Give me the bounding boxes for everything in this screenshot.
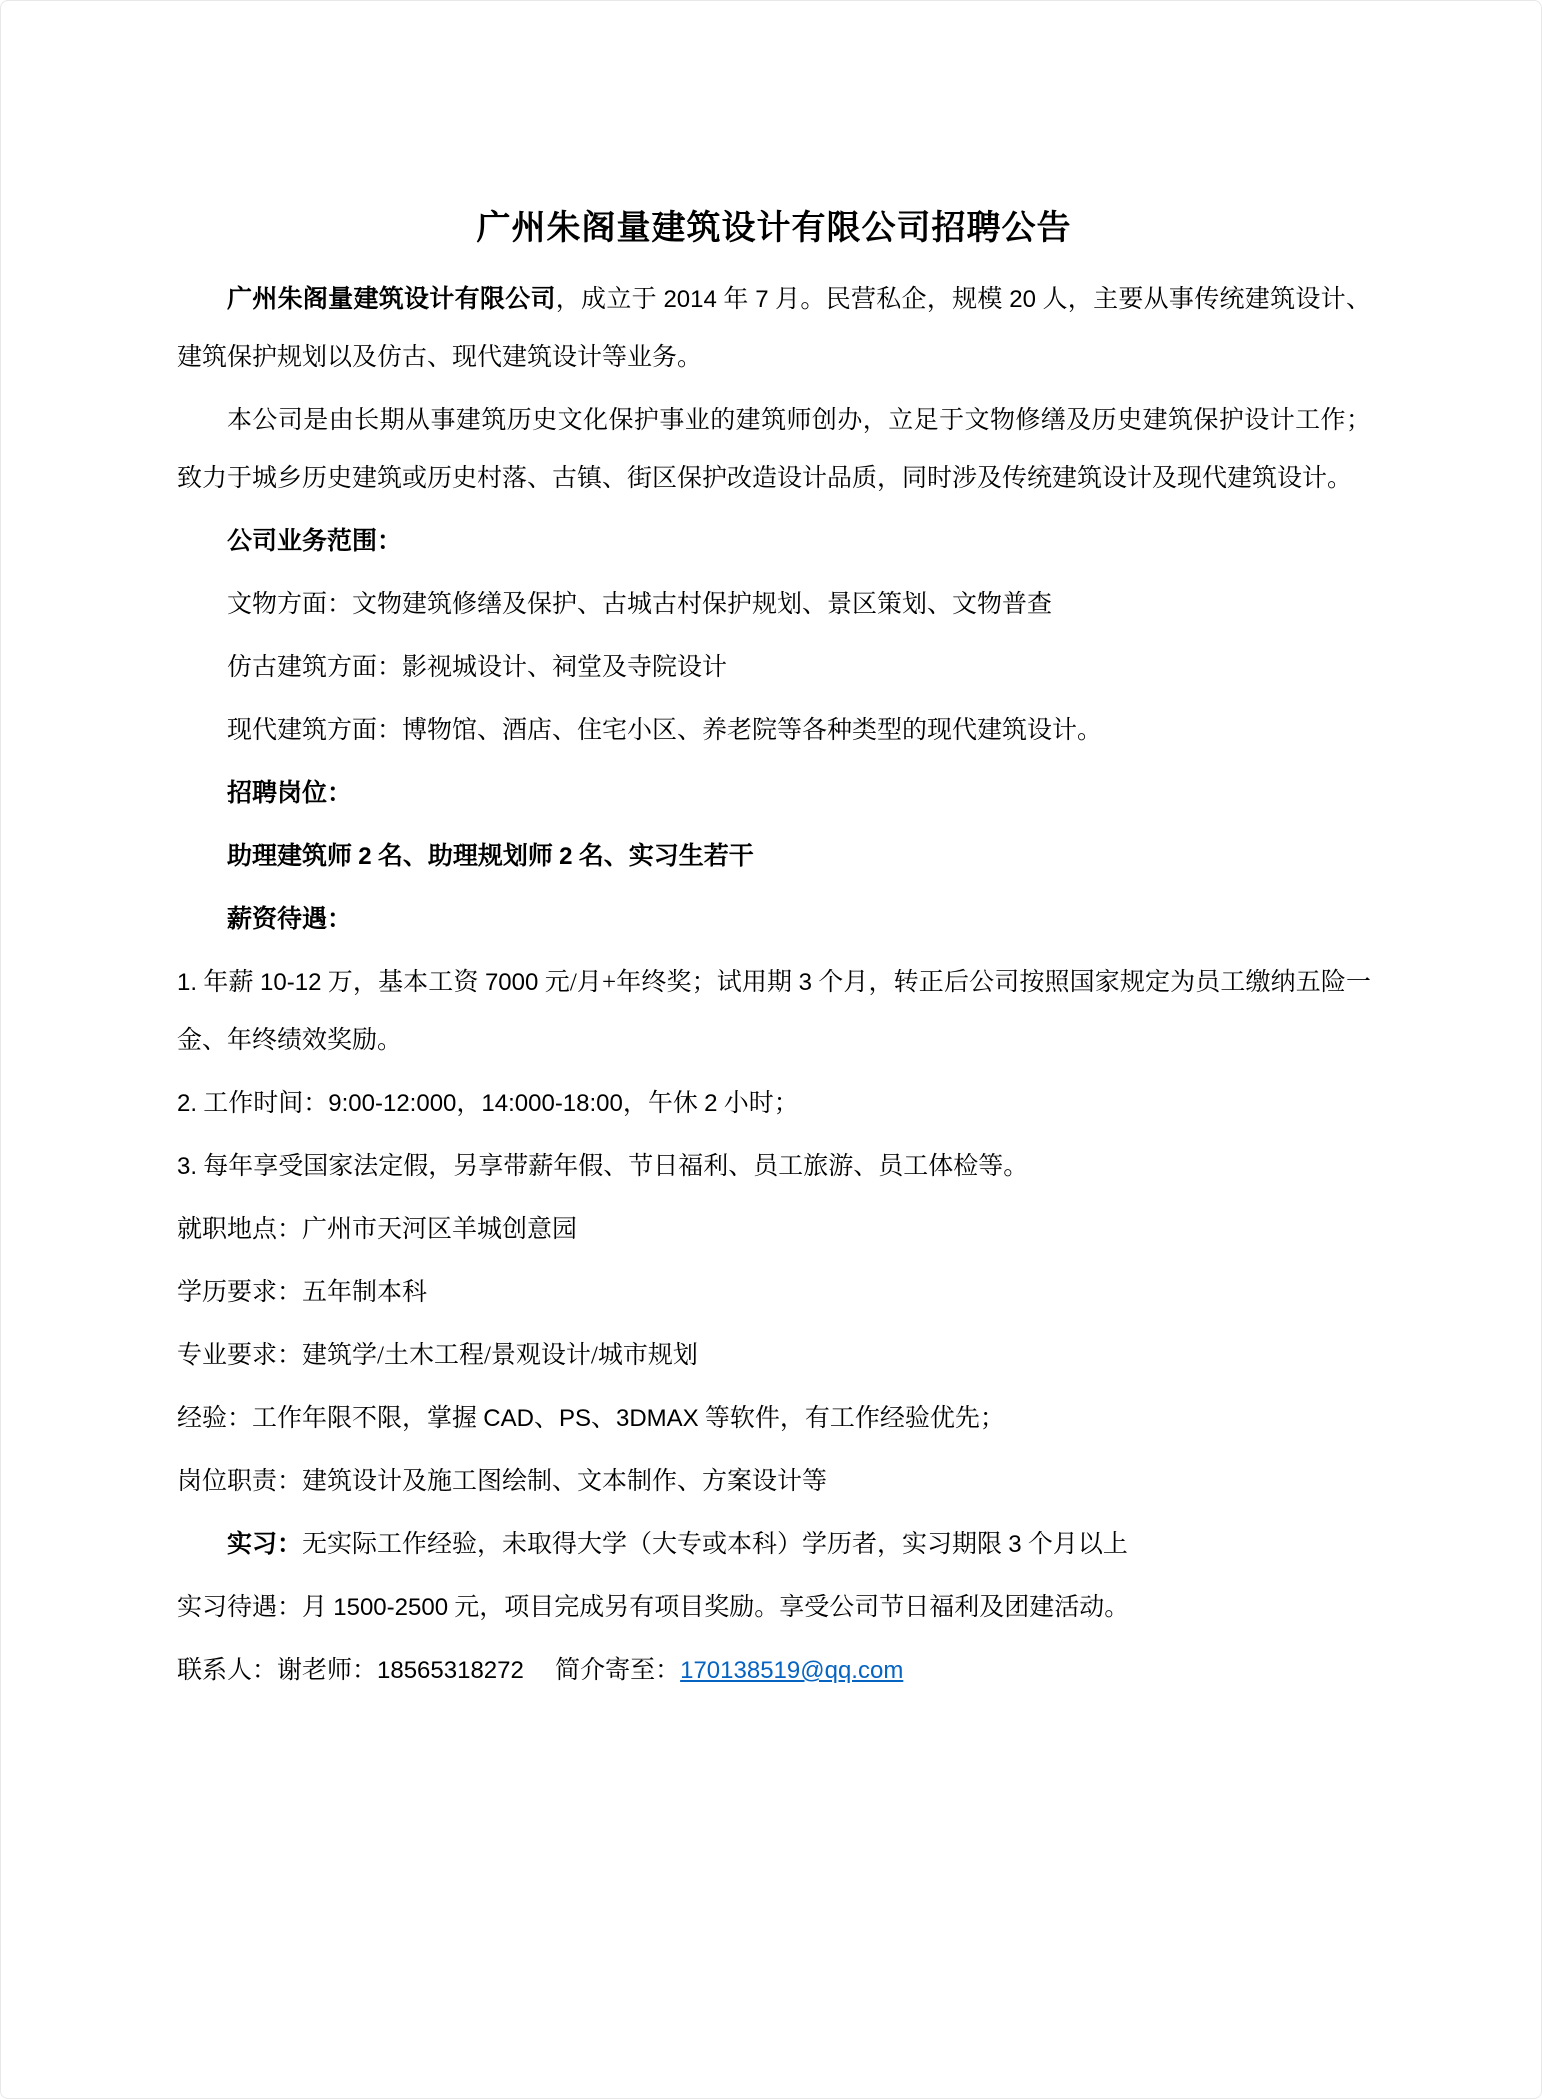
- paragraph: 专业要求：建筑学/土木工程/景观设计/城市规划: [177, 1327, 1371, 1385]
- text-run: 文物方面：文物建筑修缮及保护、古城古村保护规划、景区策划、文物普查: [227, 591, 1052, 618]
- paragraph: 就职地点：广州市天河区羊城创意园: [177, 1201, 1371, 1259]
- document-body: 广州朱阁量建筑设计有限公司，成立于 2014 年 7 月。民营私企，规模 20 …: [177, 271, 1371, 1700]
- text-run: 广州朱阁量建筑设计有限公司: [227, 286, 556, 313]
- latin-text: 2: [559, 843, 572, 870]
- paragraph: 本公司是由长期从事建筑历史文化保护事业的建筑师创办，立足于文物修缮及历史建筑保护…: [177, 392, 1371, 508]
- paragraph: 联系人：谢老师：18565318272 简介寄至：170138519@qq.co…: [177, 1642, 1371, 1700]
- latin-text: 1.: [177, 969, 197, 996]
- latin-text: 14:000-18:00: [481, 1090, 622, 1117]
- paragraph: 公司业务范围：: [177, 513, 1371, 571]
- document-title: 广州朱阁量建筑设计有限公司招聘公告: [177, 199, 1371, 259]
- text-run: 实习：: [227, 1531, 302, 1558]
- text-run: 1. 年薪 10-12 万，基本工资 7000 元/月+年终奖；试用期 3 个月…: [177, 969, 1371, 1054]
- text-run: 学历要求：五年制本科: [177, 1279, 427, 1306]
- latin-text: 2: [704, 1090, 717, 1117]
- text-run: 经验：工作年限不限，掌握 CAD、PS、3DMAX 等软件，有工作经验优先；: [177, 1405, 1005, 1432]
- paragraph: 1. 年薪 10-12 万，基本工资 7000 元/月+年终奖；试用期 3 个月…: [177, 954, 1371, 1070]
- paragraph: 2. 工作时间：9:00-12:000，14:000-18:00，午休 2 小时…: [177, 1075, 1371, 1133]
- latin-text: 18565318272: [377, 1657, 524, 1684]
- latin-text: 3.: [177, 1153, 197, 1180]
- latin-text: 10-12: [260, 969, 321, 996]
- text-run: 仿古建筑方面：影视城设计、祠堂及寺院设计: [227, 654, 727, 681]
- text-run: 公司业务范围：: [227, 528, 402, 555]
- text-run: 薪资待遇：: [227, 906, 352, 933]
- paragraph: 广州朱阁量建筑设计有限公司，成立于 2014 年 7 月。民营私企，规模 20 …: [177, 271, 1371, 387]
- latin-text: PS: [559, 1405, 591, 1432]
- text-run: 2. 工作时间：9:00-12:000，14:000-18:00，午休 2 小时…: [177, 1090, 799, 1117]
- text-run: 3. 每年享受国家法定假，另享带薪年假、节日福利、员工旅游、员工体检等。: [177, 1153, 1028, 1180]
- text-run: 现代建筑方面：博物馆、酒店、住宅小区、养老院等各种类型的现代建筑设计。: [227, 717, 1102, 744]
- paragraph: 仿古建筑方面：影视城设计、祠堂及寺院设计: [177, 639, 1371, 697]
- latin-text: CAD: [483, 1405, 534, 1432]
- paragraph: 实习待遇：月 1500-2500 元，项目完成另有项目奖励。享受公司节日福利及团…: [177, 1579, 1371, 1637]
- paragraph: 文物方面：文物建筑修缮及保护、古城古村保护规划、景区策划、文物普查: [177, 576, 1371, 634]
- paragraph: 岗位职责：建筑设计及施工图绘制、文本制作、方案设计等: [177, 1453, 1371, 1511]
- paragraph: 3. 每年享受国家法定假，另享带薪年假、节日福利、员工旅游、员工体检等。: [177, 1138, 1371, 1196]
- latin-text: 7000: [485, 969, 538, 996]
- text-run: 就职地点：广州市天河区羊城创意园: [177, 1216, 577, 1243]
- text-run: 岗位职责：建筑设计及施工图绘制、文本制作、方案设计等: [177, 1468, 827, 1495]
- latin-text: 3: [1008, 1531, 1021, 1558]
- paragraph: 经验：工作年限不限，掌握 CAD、PS、3DMAX 等软件，有工作经验优先；: [177, 1390, 1371, 1448]
- text-run: 本公司是由长期从事建筑历史文化保护事业的建筑师创办，立足于文物修缮及历史建筑保护…: [177, 407, 1371, 492]
- text-run: 助理建筑师 2 名、助理规划师 2 名、实习生若干: [227, 843, 754, 870]
- text-run: 招聘岗位：: [227, 780, 352, 807]
- text-run: 实习待遇：月 1500-2500 元，项目完成另有项目奖励。享受公司节日福利及团…: [177, 1594, 1129, 1621]
- latin-text: 20: [1009, 286, 1036, 313]
- latin-text: 1500-2500: [333, 1594, 448, 1621]
- latin-text: 2: [358, 843, 371, 870]
- document-page: 广州朱阁量建筑设计有限公司招聘公告 广州朱阁量建筑设计有限公司，成立于 2014…: [0, 0, 1542, 2099]
- latin-text: 7: [755, 286, 768, 313]
- latin-text: 3DMAX: [616, 1405, 699, 1432]
- paragraph: 学历要求：五年制本科: [177, 1264, 1371, 1322]
- paragraph: 薪资待遇：: [177, 891, 1371, 949]
- text-run: 无实际工作经验，未取得大学（大专或本科）学历者，实习期限 3 个月以上: [302, 1531, 1128, 1558]
- paragraph: 实习：无实际工作经验，未取得大学（大专或本科）学历者，实习期限 3 个月以上: [177, 1516, 1371, 1574]
- paragraph: 现代建筑方面：博物馆、酒店、住宅小区、养老院等各种类型的现代建筑设计。: [177, 702, 1371, 760]
- latin-text: 9:00-12:000: [328, 1090, 456, 1117]
- text-run: 专业要求：建筑学/土木工程/景观设计/城市规划: [177, 1342, 698, 1369]
- paragraph: 招聘岗位：: [177, 765, 1371, 823]
- latin-text: 2014: [663, 286, 716, 313]
- latin-text: 3: [799, 969, 812, 996]
- latin-text: 2.: [177, 1090, 197, 1117]
- email-link[interactable]: 170138519@qq.com: [680, 1657, 903, 1684]
- text-run: 联系人：谢老师：18565318272 简介寄至：: [177, 1657, 680, 1684]
- paragraph: 助理建筑师 2 名、助理规划师 2 名、实习生若干: [177, 828, 1371, 886]
